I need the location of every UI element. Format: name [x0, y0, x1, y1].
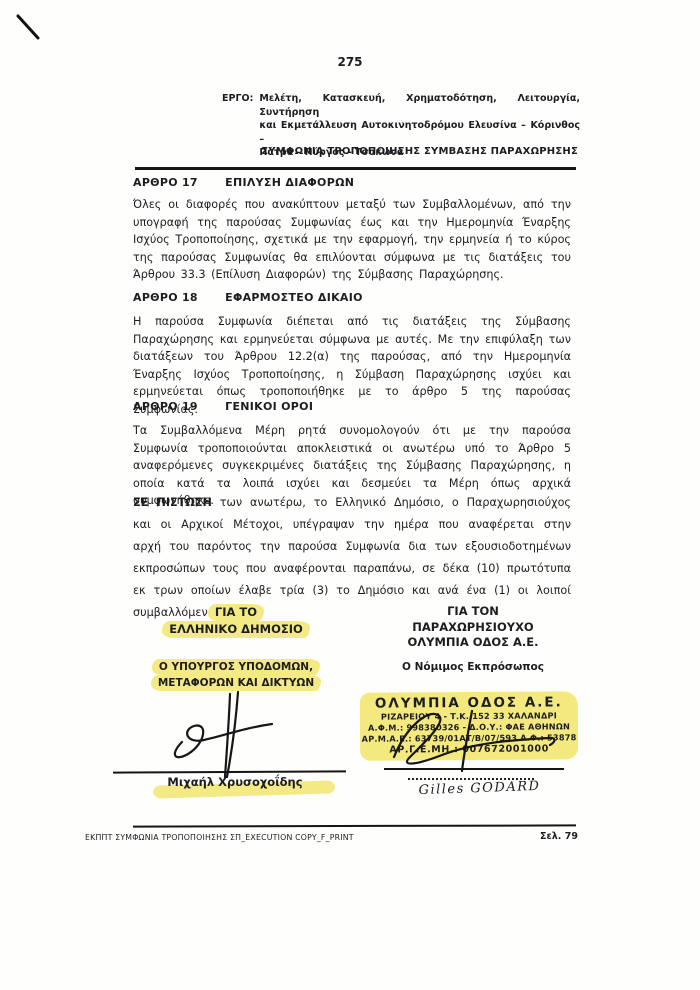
signatory-left-role: Ο ΥΠΟΥΡΓΟΣ ΥΠΟΔΟΜΩΝ, ΜΕΤΑΦΟΡΩΝ ΚΑΙ ΔΙΚΤΥ… — [128, 659, 344, 691]
article-17-heading: ΑΡΘΡΟ 17 ΕΠΙΛΥΣΗ ΔΙΑΦΟΡΩΝ — [133, 176, 573, 189]
pen-mark — [14, 12, 44, 44]
article-17-number: ΑΡΘΡΟ 17 — [133, 176, 221, 189]
article-17-body: Όλες οι διαφορές που ανακύπτουν μεταξύ τ… — [133, 196, 571, 284]
project-line-2: και Εκμετάλλευση Αυτοκινητοδρόμου Ελευσί… — [259, 120, 580, 145]
project-line-1: Μελέτη, Κατασκευή, Χρηματοδότηση, Λειτου… — [259, 93, 580, 118]
closing-body: των ανωτέρω, το Ελληνικό Δημόσιο, ο Παρα… — [133, 496, 571, 619]
footer-page-label: Σελ. 79 — [540, 831, 578, 842]
page-number: 275 — [0, 55, 700, 69]
article-17-title: ΕΠΙΛΥΣΗ ΔΙΑΦΟΡΩΝ — [225, 176, 354, 189]
article-18-number: ΑΡΘΡΟ 18 — [133, 291, 221, 304]
signatory-right-for-line2: ΠΑΡΑΧΩΡΗΣΙΟΥΧΟ — [412, 620, 533, 634]
signatory-left-heading: ΓΙΑ ΤΟ ΕΛΛΗΝΙΚΟ ΔΗΜΟΣΙΟ — [138, 604, 334, 638]
signature-right — [376, 699, 571, 775]
signatory-left-for-line1: ΓΙΑ ΤΟ — [208, 604, 264, 621]
article-18-heading: ΑΡΘΡΟ 18 ΕΦΑΡΜΟΣΤΕΟ ΔΙΚΑΙΟ — [133, 291, 573, 304]
signatory-right-role: Ο Νόμιμος Εκπρόσωπος — [388, 661, 558, 673]
closing-lead: ΣΕ ΠΙΣΤΩΣΗ — [133, 496, 212, 509]
signatory-right-handwritten-name: Gilles GODARD — [392, 778, 567, 799]
footer-rule — [133, 824, 576, 827]
signatory-right-for-line3: ΟΛΥΜΠΙΑ ΟΔΟΣ Α.Ε. — [407, 635, 538, 649]
signatory-left-role-line1: Ο ΥΠΟΥΡΓΟΣ ΥΠΟΔΟΜΩΝ, — [152, 659, 320, 675]
signatory-left-role-line2: ΜΕΤΑΦΟΡΩΝ ΚΑΙ ΔΙΚΤΥΩΝ — [151, 675, 321, 691]
article-19-number: ΑΡΘΡΟ 19 — [133, 400, 221, 413]
article-19-title: ΓΕΝΙΚΟΙ ΟΡΟΙ — [225, 400, 313, 413]
article-19-heading: ΑΡΘΡΟ 19 ΓΕΝΙΚΟΙ ΟΡΟΙ — [133, 400, 573, 413]
signatory-left-for-line2: ΕΛΛΗΝΙΚΟ ΔΗΜΟΣΙΟ — [162, 621, 310, 638]
signatory-right-for-line1: ΓΙΑ ΤΟΝ — [447, 604, 499, 618]
signature-left — [168, 690, 298, 780]
document-page: 275 ΕΡΓΟ: Μελέτη, Κατασκευή, Χρηματοδότη… — [0, 0, 700, 990]
footer-document-id: ΕΚΠΠΤ ΣΥΜΦΩΝΙΑ ΤΡΟΠΟΠΟΙΗΣΗΣ ΣΠ_EXECUTION… — [85, 833, 354, 842]
document-subtitle: ΣΥΜΦΩΝΙΑ ΤΡΟΠΟΠΟΙΗΣΗΣ ΣΥΜΒΑΣΗΣ ΠΑΡΑΧΩΡΗΣ… — [222, 146, 578, 157]
header-rule — [135, 167, 576, 170]
signatory-right-heading: ΓΙΑ ΤΟΝ ΠΑΡΑΧΩΡΗΣΙΟΥΧΟ ΟΛΥΜΠΙΑ ΟΔΟΣ Α.Ε. — [378, 604, 568, 651]
article-18-title: ΕΦΑΡΜΟΣΤΕΟ ΔΙΚΑΙΟ — [225, 291, 363, 304]
